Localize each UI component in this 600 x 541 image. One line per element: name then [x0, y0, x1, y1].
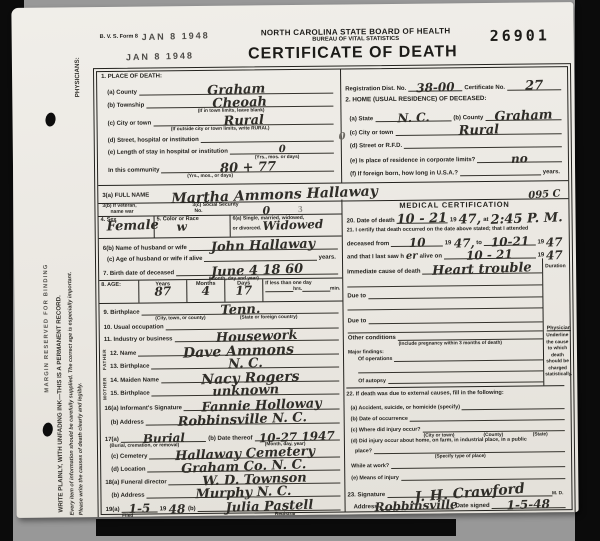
informant-address-line: Robbinsville N. C. — [146, 416, 340, 426]
to-year-prefix: 19 — [537, 239, 544, 245]
father-birthplace-row: 13. Birthplace N. C. — [110, 356, 339, 370]
birthplace-label: 9. Birthplace — [104, 310, 140, 316]
margin-binding-note: MARGIN RESERVED FOR BINDING — [42, 148, 51, 393]
age-days-cell: Days 17 — [225, 279, 263, 301]
burial-date-line: 10-27 1947 — [255, 433, 340, 442]
funeral-director-label: 18(a) Funeral director — [105, 479, 166, 486]
cause-blank-line-2 — [347, 300, 542, 310]
home-foreign-row: (f) If foreign born, how long in U.S.A.?… — [350, 164, 562, 177]
margin-every-item-note: Every item of information should be care… — [67, 227, 76, 515]
certificate-title: CERTIFICATE OF DEATH — [208, 43, 498, 64]
city-value: Rural — [223, 117, 264, 126]
operations-label: Of operations — [358, 356, 392, 362]
street-row: (d) Street, hospital or institution 0 — [108, 132, 334, 144]
birthplace-value: Tenn. — [220, 306, 260, 315]
community-label: In this community — [108, 167, 159, 174]
injury-place-type-row: place? (Specify type of place) — [355, 443, 565, 454]
home-city-value: Rural — [458, 126, 499, 135]
age-hrs-min-line: hrs. min. — [265, 286, 340, 293]
father-name-row: 12. Name Dave Ammons — [110, 342, 339, 357]
punch-hole-bottom — [42, 422, 54, 437]
certificate-no-value: 27 — [525, 82, 543, 91]
age-hrs-line — [265, 291, 293, 292]
attended-to-line: 10-21 — [484, 237, 536, 246]
last-saw-pronoun: er — [406, 253, 418, 261]
due-to-row-1: Due to — [347, 287, 542, 299]
death-time-value: 2:45 P. M. — [490, 214, 562, 225]
registration-dist-value: 38-00 — [416, 83, 455, 92]
home-county-value: Graham — [494, 112, 552, 122]
form-number: B. V. S. Form 8 — [100, 34, 138, 40]
external-causes-heading: 22. If death was due to external causes,… — [346, 390, 503, 398]
age-less-than-day-cell: If less than one day hrs. min. — [263, 279, 342, 302]
mother-section-tab: MOTHER — [102, 372, 107, 400]
stay-value: 0 — [278, 146, 285, 154]
filed-b-label: (b) — [188, 506, 196, 512]
attended-from-label: deceased from — [347, 241, 389, 247]
sex-value: Female — [107, 222, 152, 232]
scan-edge-bottom — [96, 519, 456, 536]
mother-name-label: 14. Maiden Name — [110, 377, 159, 384]
attended-from-line: 10 — [391, 238, 443, 247]
accident-row: (a) Accident, suicide, or homicide (spec… — [350, 399, 564, 411]
injury-place-type-label: place? — [355, 448, 372, 454]
mother-name-row: 14. Maiden Name Nacy Rogers — [110, 369, 339, 384]
alive-on-label: alive on — [420, 253, 442, 259]
means-of-injury-label: (e) Means of injury — [351, 475, 399, 481]
saw-year-value: 47 — [546, 251, 563, 260]
age-days-value: 17 — [227, 286, 260, 295]
last-saw-label: and that I last saw h — [347, 254, 404, 261]
certify-statement: 21. I certify that death occurred on the… — [347, 226, 529, 234]
operations-line — [395, 359, 544, 362]
age-heading-label: 8. AGE: — [101, 282, 136, 288]
home-city-label: (c) City or town — [350, 130, 394, 136]
age-years-value: 87 — [141, 287, 184, 297]
registrar-line: Julia Pastell — [198, 503, 341, 512]
date-of-death-row: 20. Date of death 10 - 21 19 47, at 2:45… — [347, 210, 563, 224]
injury-place-label: (c) Where did injury occur? — [351, 427, 421, 434]
medical-heading-label: MEDICAL CERTIFICATION — [399, 200, 509, 210]
attended-from-row: deceased from 10 19 47, to 10-21 19 47 — [347, 233, 563, 247]
physician-underline-note: Underline the cause to which death shoul… — [545, 333, 570, 379]
mother-birthplace-row: 15. Birthplace unknown — [110, 383, 339, 397]
burial-date-label: (b) Date thereof — [208, 435, 252, 441]
home-city-row: (c) City or town Rural — [350, 122, 562, 136]
due-to-row-2: Due to — [348, 312, 543, 324]
death-year-prefix: 19 — [450, 217, 457, 223]
community-row: In this community 80 + 77 (Yrs., mos., o… — [108, 159, 334, 174]
injury-state-caption: (State) — [533, 432, 548, 437]
immediate-cause-line: Heart trouble — [422, 265, 542, 274]
sex-race-marital-row: 4. Sex Female 5. Color or Race w 6(a) Si… — [99, 214, 342, 240]
while-at-work-line — [391, 466, 565, 469]
home-street-row: (d) Street or R.F.D. — [350, 137, 562, 149]
immediate-cause-label: Immediate cause of death — [347, 269, 420, 276]
attended-to-label: to — [476, 240, 482, 246]
attended-from-value: 10 — [408, 238, 425, 247]
street-label: (d) Street, hospital or institution — [108, 137, 199, 144]
filed-date-value: 1-5 — [129, 504, 151, 513]
due-to-label-1: Due to — [347, 293, 366, 299]
scan-edge-right — [575, 0, 600, 541]
age-hrs-label: hrs. — [293, 286, 302, 292]
findings-blank-line — [358, 363, 543, 373]
informant-address-row: (b) Address Robbinsville N. C. — [111, 411, 340, 426]
death-at-label: at — [483, 217, 488, 223]
race-cell: 5. Color or Race w — [155, 215, 231, 238]
home-street-label: (d) Street or R.F.D. — [350, 143, 402, 150]
filed-row: 19(a) 1-5 19 48 (b) Julia Pastell Filed … — [106, 498, 341, 513]
date-of-death-line: 10 - 21 — [397, 215, 448, 224]
immediate-cause-row: Immediate cause of death Heart trouble — [347, 259, 542, 275]
certificate-paper: MARGIN RESERVED FOR BINDING WRITE PLAINL… — [11, 2, 578, 518]
home-street-line — [404, 146, 562, 149]
home-corporate-row: (e) Is place of residence in corporate l… — [350, 150, 562, 164]
marital-value: Widowed — [263, 220, 324, 230]
operations-row: Of operations — [358, 351, 543, 362]
blank-line — [348, 307, 543, 310]
county-label: (a) County — [107, 90, 137, 96]
registration-dist-line: 38-00 — [408, 83, 462, 92]
spouse-age-suffix: years. — [319, 255, 336, 261]
home-foreign-line — [460, 174, 541, 176]
physician-address-row: Address Robbinsville Date signed 1-5-48 — [353, 496, 565, 510]
home-city-line: Rural — [395, 126, 561, 136]
registration-row: Registration Dist. No. 38-00 Certificate… — [345, 77, 561, 92]
cause-blank-line-1 — [347, 277, 542, 287]
informant-label: 16(a) Informant's Signature — [105, 405, 183, 412]
injury-place-row: (c) Where did injury occur? (City or tow… — [351, 422, 565, 433]
margin-please-write-note: Please write the causes of death clearly… — [76, 302, 84, 515]
registration-dist-label: Registration Dist. No. — [345, 86, 406, 93]
physician-label: Physician — [547, 325, 571, 331]
scanned-death-certificate: { "margin": { "physicians": "PHYSICIANS:… — [0, 0, 600, 541]
stay-label: (e) Length of stay in hospital or instit… — [108, 149, 228, 156]
birthdate-row: 7. Birth date of deceased June 4 18 60 (… — [103, 262, 338, 277]
margin-write-plainly-note: WRITE PLAINLY, WITH UNFADING INK—THIS IS… — [53, 92, 64, 512]
due-to-label-2: Due to — [348, 318, 367, 324]
community-caption: (Yrs., mos., or days) — [187, 173, 233, 178]
full-name-label: 3(a) FULL NAME — [102, 193, 149, 199]
certificate-no-line: 27 — [507, 82, 561, 91]
burial-label: 17(a) — [105, 437, 119, 443]
burial-row: 17(a) Burial (b) Date thereof 10-27 1947… — [105, 427, 340, 443]
father-birthplace-value: N. C. — [228, 360, 263, 369]
city-label: (c) City or town — [108, 120, 152, 126]
death-year-value: 47, — [458, 216, 481, 225]
immediate-cause-value: Heart trouble — [432, 264, 532, 276]
burial-line: Burial — [121, 434, 206, 443]
home-heading-label: 2. HOME (USUAL RESIDENCE) OF DECEASED: — [345, 95, 486, 103]
city-row: (c) City or town Rural (If outside city … — [107, 114, 333, 127]
mother-birthplace-line: unknown — [152, 387, 340, 397]
birthplace-row: 9. Birthplace Tenn. (City, town, or coun… — [103, 302, 338, 316]
age-years-cell: Years 87 — [139, 280, 187, 303]
burial-value: Burial — [142, 434, 184, 444]
medical-section-bottom-rule — [346, 385, 564, 388]
age-months-cell: Months 4 — [187, 280, 225, 302]
home-state-value: N. C. — [397, 113, 429, 122]
physician-column-divider — [542, 258, 544, 385]
informant-address-value: Robbinsville N. C. — [178, 414, 307, 427]
age-min-line — [302, 291, 330, 292]
township-label: (b) Township — [107, 103, 144, 109]
medical-certification-heading: MEDICAL CERTIFICATION — [346, 199, 562, 210]
city-line: Rural — [153, 117, 333, 127]
other-conditions-row: Other conditions (Include pregnancy with… — [348, 329, 543, 341]
home-corporate-line: no — [477, 154, 562, 163]
means-of-injury-row: (e) Means of injury — [351, 470, 565, 481]
due-to-line-1 — [368, 296, 542, 299]
duration-label: Duration — [545, 263, 566, 269]
birthdate-label: 7. Birth date of deceased — [103, 270, 174, 277]
column-divider-bottom — [341, 200, 345, 512]
other-conditions-label: Other conditions — [348, 335, 396, 342]
received-date-stamp-top: JAN 8 1948 — [142, 30, 210, 42]
scan-edge-left — [0, 0, 13, 541]
certificate-no-label: Certificate No. — [464, 85, 505, 91]
accident-label: (a) Accident, suicide, or homicide (spec… — [351, 404, 460, 411]
column-divider-top — [340, 70, 342, 183]
home-state-line: N. C. — [375, 113, 451, 122]
occurrence-date-label: (b) Date of occurrence — [351, 416, 408, 423]
received-date-stamp-title: JAN 8 1948 — [126, 50, 194, 62]
stay-row: (e) Length of stay in hospital or instit… — [108, 144, 334, 156]
filed-year-value: 48 — [168, 505, 185, 514]
accident-line — [462, 408, 565, 410]
informant-address-label: (b) Address — [111, 420, 144, 426]
mother-birthplace-label: 15. Birthplace — [110, 391, 149, 397]
funeral-address-row: (b) Address Murphy N. C. — [111, 485, 340, 499]
race-value: w — [177, 221, 228, 231]
sex-cell: 4. Sex Female — [99, 215, 155, 238]
home-state-county-row: (a) State N. C. (b) County Graham — [349, 107, 561, 122]
home-county-label: (b) County — [453, 115, 483, 121]
spouse-age-label: (c) Age of husband or wife if alive — [107, 256, 203, 263]
from-year-prefix: 19 — [445, 240, 452, 246]
certificate-serial-number: 26901 — [490, 26, 550, 45]
date-signed-line: 1-5-48 — [492, 500, 566, 509]
autopsy-row: Of autopsy — [358, 373, 543, 384]
cemetery-label: (c) Cemetery — [111, 454, 147, 460]
home-foreign-label: (f) If foreign born, how long in U.S.A.? — [350, 170, 458, 177]
county-row: (a) County Graham — [107, 82, 333, 96]
ss-stamp-mark: 3 — [298, 204, 303, 214]
date-of-death-label: 20. Date of death — [347, 218, 395, 225]
other-conditions-caption: (Include pregnancy within 3 months of de… — [399, 340, 502, 346]
home-heading: 2. HOME (USUAL RESIDENCE) OF DECEASED: — [345, 95, 488, 103]
ss-label-block: 3(c) Social Security No. — [192, 200, 262, 215]
community-line: 80 + 77 — [161, 164, 334, 174]
autopsy-label: Of autopsy — [358, 378, 386, 384]
filed-date-line: 1-5 — [122, 504, 158, 512]
margin-physicians-note: PHYSICIANS: — [73, 21, 81, 97]
marital-cell: 6(a) Single, married, widowed, or divorc… — [231, 214, 342, 237]
home-corporate-value: no — [511, 154, 528, 163]
home-foreign-suffix: years. — [543, 169, 560, 175]
age-row: 8. AGE: Years 87 Months 4 Days 17 If les… — [99, 278, 342, 305]
occurrence-date-row: (b) Date of occurrence — [351, 411, 565, 422]
spouse-row: 6(b) Name of husband or wife John Hallaw… — [103, 238, 338, 252]
marital-line-2: or divorced. Widowed — [233, 221, 340, 232]
place-heading-label: 1. PLACE OF DEATH: — [101, 73, 162, 80]
veteran-label-2: name war — [102, 208, 192, 215]
funeral-address-label: (b) Address — [111, 493, 144, 499]
street-note-mark: 0 — [339, 133, 346, 141]
certificate-form-box: 1. PLACE OF DEATH: (a) County Graham (b)… — [96, 66, 573, 515]
last-saw-date: 10 - 21 — [466, 250, 513, 260]
ss-label-2: No. — [192, 207, 262, 214]
last-saw-row: and that I last saw h er alive on 10 - 2… — [347, 246, 563, 260]
age-min-label: min. — [330, 286, 340, 292]
home-state-label: (a) State — [349, 116, 373, 122]
date-of-death-value: 10 - 21 — [397, 215, 448, 225]
township-line: Cheoah — [146, 99, 333, 109]
mother-birthplace-value: unknown — [212, 386, 279, 396]
physician-address-value: Robbinsville — [375, 500, 458, 511]
age-months-value: 4 — [189, 286, 222, 295]
autopsy-line — [388, 381, 543, 384]
city-caption: (If outside city or town limits, write R… — [171, 126, 270, 132]
filed-year-prefix: 19 — [160, 506, 167, 512]
funeral-director-row: 18(a) Funeral director W. D. Townson — [105, 472, 340, 486]
industry-label: 11. Industry or business — [104, 336, 173, 343]
saw-year-prefix: 19 — [538, 252, 545, 258]
father-section-tab: FATHER — [102, 344, 107, 370]
last-saw-line: 10 - 21 — [444, 250, 536, 259]
father-birthplace-label: 13. Birthplace — [110, 364, 149, 370]
street-line: 0 — [201, 134, 334, 143]
home-county-line: Graham — [485, 112, 561, 121]
filed-label: 19(a) — [106, 507, 120, 513]
filed-caption: Filed — [122, 513, 133, 518]
marital-label-2: or divorced. — [233, 225, 262, 231]
date-signed-label: Date signed — [456, 503, 490, 509]
veteran-label-block: 3(b) If veteran, name war — [98, 201, 192, 216]
home-corporate-label: (e) Is place of residence in corporate l… — [350, 157, 475, 164]
stay-line: 0 — [230, 146, 334, 155]
spouse-line: John Hallaway — [189, 242, 338, 252]
date-signed-value: 1-5-48 — [507, 500, 551, 510]
birthdate-line: June 4 18 60 — [176, 267, 338, 277]
registrar-signature: Julia Pastell — [225, 502, 313, 513]
informant-line: Fannie Holloway — [184, 402, 340, 412]
county-line: Graham — [139, 86, 333, 96]
age-heading-cell: 8. AGE: — [99, 281, 139, 303]
father-name-label: 12. Name — [110, 351, 136, 357]
occurrence-date-line — [410, 419, 565, 422]
township-row: (b) Township Cheoah (If in town limits, … — [107, 96, 333, 109]
while-at-work-row: While at work? — [351, 458, 565, 469]
occupation-label: 10. Usual occupation — [104, 324, 164, 331]
attended-to-value: 10-21 — [490, 237, 529, 246]
community-value: 80 + 77 — [220, 163, 276, 173]
place-of-death-heading: 1. PLACE OF DEATH: — [101, 73, 164, 80]
registrar-caption: Registrar — [275, 512, 296, 517]
spouse-label: 6(b) Name of husband or wife — [103, 245, 187, 252]
while-at-work-label: While at work? — [351, 463, 389, 469]
cemetery-location-label: (d) Location — [111, 467, 145, 473]
physician-address-line: Robbinsville — [380, 501, 454, 510]
